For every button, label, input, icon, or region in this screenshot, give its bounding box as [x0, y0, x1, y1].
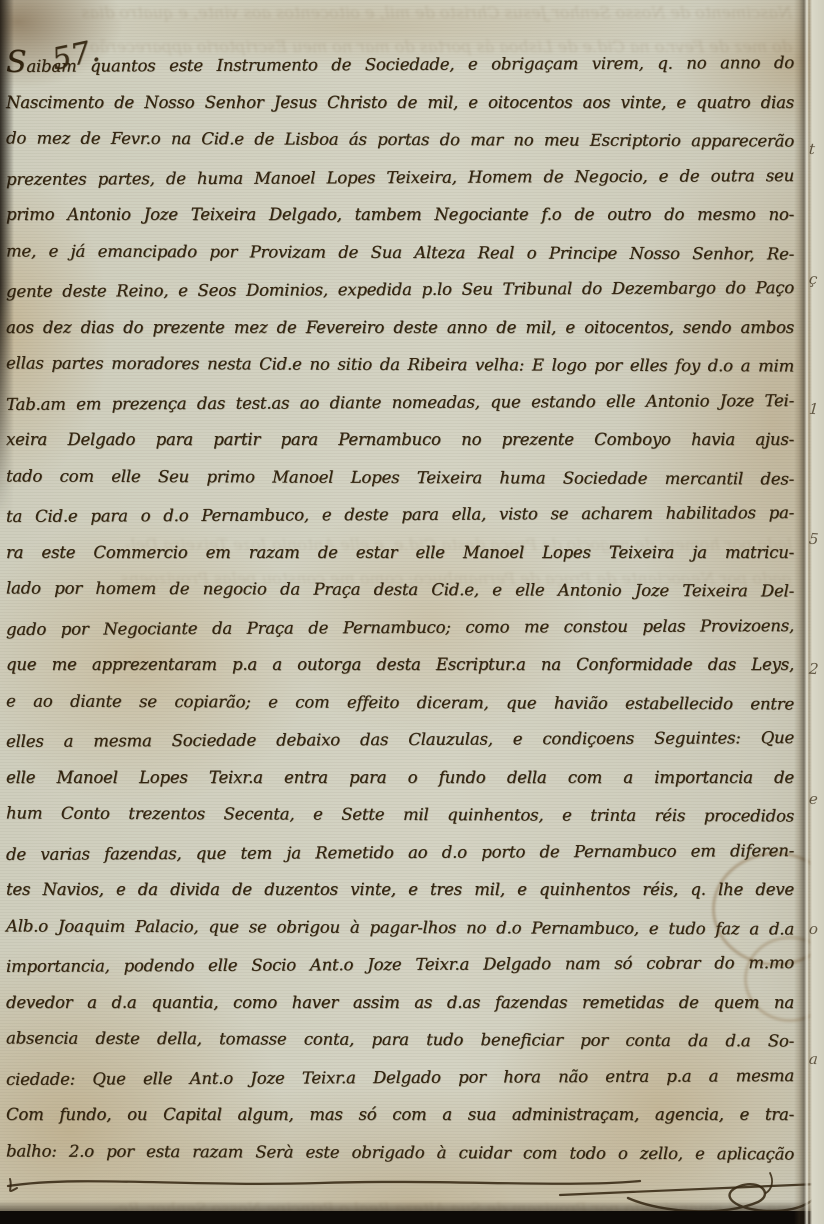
manuscript-line: do mez de Fevr.o na Cid.e de Lisboa ás p… — [6, 119, 794, 160]
next-page-fragment: 1 — [808, 400, 819, 419]
manuscript-line: primo Antonio Joze Teixeira Delgado, tam… — [6, 196, 794, 234]
manuscript-line: de varias fazendas, que tem ja Remetido … — [6, 832, 794, 873]
next-page-fragment: o — [808, 920, 818, 939]
next-page-fragment: e — [808, 790, 818, 809]
manuscript-lines: Saibam quantos este Instrumento de Socie… — [6, 46, 794, 1171]
manuscript-line: ta Cid.e para o d.o Pernambuco, e deste … — [6, 494, 794, 535]
next-page-fragment: t — [808, 140, 815, 158]
bottom-scan-edge — [0, 1211, 824, 1224]
manuscript-line: importancia, podendo elle Socio Ant.o Jo… — [6, 944, 794, 985]
next-page-fragment: a — [808, 1050, 818, 1069]
manuscript-line: ra este Commercio em razam de estar elle… — [6, 534, 794, 572]
manuscript-line: prezentes partes, de huma Manoel Lopes T… — [6, 157, 794, 198]
manuscript-line: e ao diante se copiarão; e com effeito d… — [6, 682, 794, 723]
manuscript-line: tado com elle Seu primo Manoel Lopes Tei… — [6, 457, 794, 498]
manuscript-line: gado por Negociante da Praça de Pernambu… — [6, 607, 794, 648]
manuscript-line: me, e já emancipado por Provizam de Sua … — [6, 232, 794, 273]
manuscript-line: gente deste Reino, e Seos Dominios, expe… — [6, 269, 794, 310]
manuscript-line: hum Conto trezentos Secenta, e Sette mil… — [6, 794, 794, 835]
manuscript-line: Saibam quantos este Instrumento de Socie… — [6, 44, 794, 85]
manuscript-line: ciedade: Que elle Ant.o Joze Teixr.a Del… — [6, 1057, 794, 1098]
manuscript-line: tes Navios, e da divida de duzentos vint… — [6, 871, 794, 909]
manuscript-line: balho: 2.o por esta razam Serà este obri… — [6, 1132, 794, 1173]
manuscript-line: Alb.o Joaquim Palacio, que se obrigou à … — [6, 907, 794, 948]
next-page-fragment: 2 — [808, 660, 819, 679]
manuscript-line: elles a mesma Sociedade debaixo das Clau… — [6, 719, 794, 760]
manuscript-line: Com fundo, ou Capital algum, mas só com … — [6, 1096, 794, 1134]
manuscript-line: ellas partes moradores nesta Cid.e no si… — [6, 344, 794, 385]
manuscript-scan: Nascimento de Nosso Senhor Jesus Christo… — [0, 0, 824, 1224]
next-page-fragment: ç — [808, 270, 818, 289]
manuscript-line: xeira Delgado para partir para Pernambuc… — [6, 421, 794, 459]
next-page-fragment: 5 — [808, 530, 819, 549]
manuscript-line: devedor a d.a quantia, como haver assim … — [6, 984, 794, 1022]
manuscript-line: lado por homem de negocio da Praça desta… — [6, 569, 794, 610]
manuscript-line: Tab.am em prezença das test.as ao diante… — [6, 382, 794, 423]
manuscript-line: que me apprezentaram p.a a outorga desta… — [6, 646, 794, 684]
manuscript-line: elle Manoel Lopes Teixr.a entra para o f… — [6, 759, 794, 797]
left-edge-shadow — [0, 0, 14, 520]
binding-gutter: tç152eoa — [794, 0, 824, 1224]
manuscript-line: aos dez dias do prezente mez de Fevereir… — [6, 309, 794, 347]
manuscript-line: Nascimento de Nosso Senhor Jesus Christo… — [6, 84, 794, 122]
manuscript-line: absencia deste della, tomasse conta, par… — [6, 1019, 794, 1060]
